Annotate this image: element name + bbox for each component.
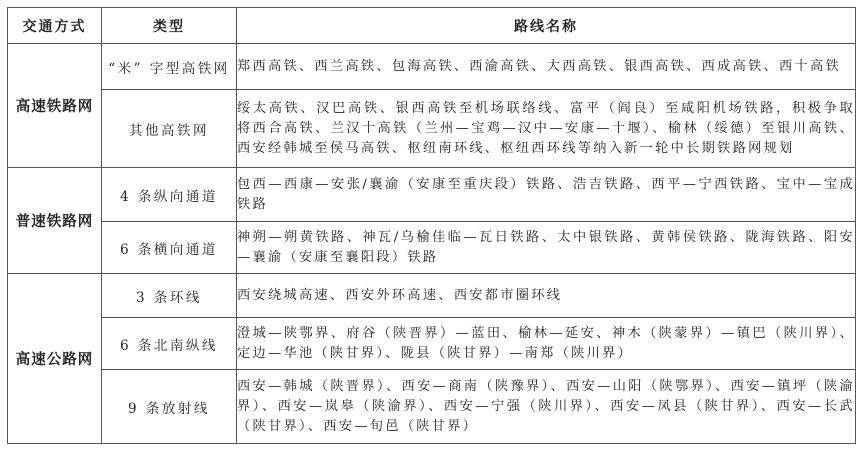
- header-type: 类型: [102, 8, 237, 44]
- route-names-cell: 西安—韩城（陕晋界）、西安—商南（陕豫界）、西安—山阳（陕鄂界）、西安—镇坪（陕…: [237, 370, 856, 444]
- route-names-cell: 绥太高铁、汉巴高铁、银西高铁至机场联络线、富平（阎良）至咸阳机场铁路，积极争取将…: [237, 90, 856, 168]
- table-row: 9 条放射线 西安—韩城（陕晋界）、西安—商南（陕豫界）、西安—山阳（陕鄂界）、…: [8, 370, 856, 444]
- table-row: 其他高铁网 绥太高铁、汉巴高铁、银西高铁至机场联络线、富平（阎良）至咸阳机场铁路…: [8, 90, 856, 168]
- route-names-cell: 包西—西康—安张/襄渝（安康至重庆段）铁路、浩吉铁路、西平—宁西铁路、宝中—宝成…: [237, 168, 856, 222]
- type-cell: 其他高铁网: [102, 90, 237, 168]
- table-row: 6 条北南纵线 澄城—陕鄂界、府谷（陕晋界）—蓝田、榆林—延安、神木（陕蒙界）—…: [8, 318, 856, 370]
- table-row: 6 条横向通道 神朔—朔黄铁路、神瓦/乌榆佳临—瓦日铁路、太中银铁路、黄韩侯铁路…: [8, 222, 856, 274]
- route-names-cell: 神朔—朔黄铁路、神瓦/乌榆佳临—瓦日铁路、太中银铁路、黄韩侯铁路、陇海铁路、阳安…: [237, 222, 856, 274]
- table-row: 普速铁路网 4 条纵向通道 包西—西康—安张/襄渝（安康至重庆段）铁路、浩吉铁路…: [8, 168, 856, 222]
- header-transport-mode: 交通方式: [8, 8, 102, 44]
- type-cell: 6 条北南纵线: [102, 318, 237, 370]
- header-row: 交通方式 类型 路线名称: [8, 8, 856, 44]
- mode-cell-expressway: 高速公路网: [8, 274, 102, 444]
- mode-cell-high-speed-rail: 高速铁路网: [8, 44, 102, 168]
- route-names-cell: 西安绕城高速、西安外环高速、西安都市圈环线: [237, 274, 856, 318]
- mode-cell-conventional-rail: 普速铁路网: [8, 168, 102, 274]
- type-cell: “米” 字型高铁网: [102, 44, 237, 90]
- type-cell: 4 条纵向通道: [102, 168, 237, 222]
- table-row: 高速公路网 3 条环线 西安绕城高速、西安外环高速、西安都市圈环线: [8, 274, 856, 318]
- transport-routes-table: 交通方式 类型 路线名称 高速铁路网 “米” 字型高铁网 郑西高铁、西兰高铁、包…: [7, 7, 856, 444]
- type-cell: 6 条横向通道: [102, 222, 237, 274]
- type-cell: 3 条环线: [102, 274, 237, 318]
- type-cell: 9 条放射线: [102, 370, 237, 444]
- route-names-cell: 澄城—陕鄂界、府谷（陕晋界）—蓝田、榆林—延安、神木（陕蒙界）—镇巴（陕川界）、…: [237, 318, 856, 370]
- route-names-cell: 郑西高铁、西兰高铁、包海高铁、西渝高铁、大西高铁、银西高铁、西成高铁、西十高铁: [237, 44, 856, 90]
- header-route-names: 路线名称: [237, 8, 856, 44]
- table-row: 高速铁路网 “米” 字型高铁网 郑西高铁、西兰高铁、包海高铁、西渝高铁、大西高铁…: [8, 44, 856, 90]
